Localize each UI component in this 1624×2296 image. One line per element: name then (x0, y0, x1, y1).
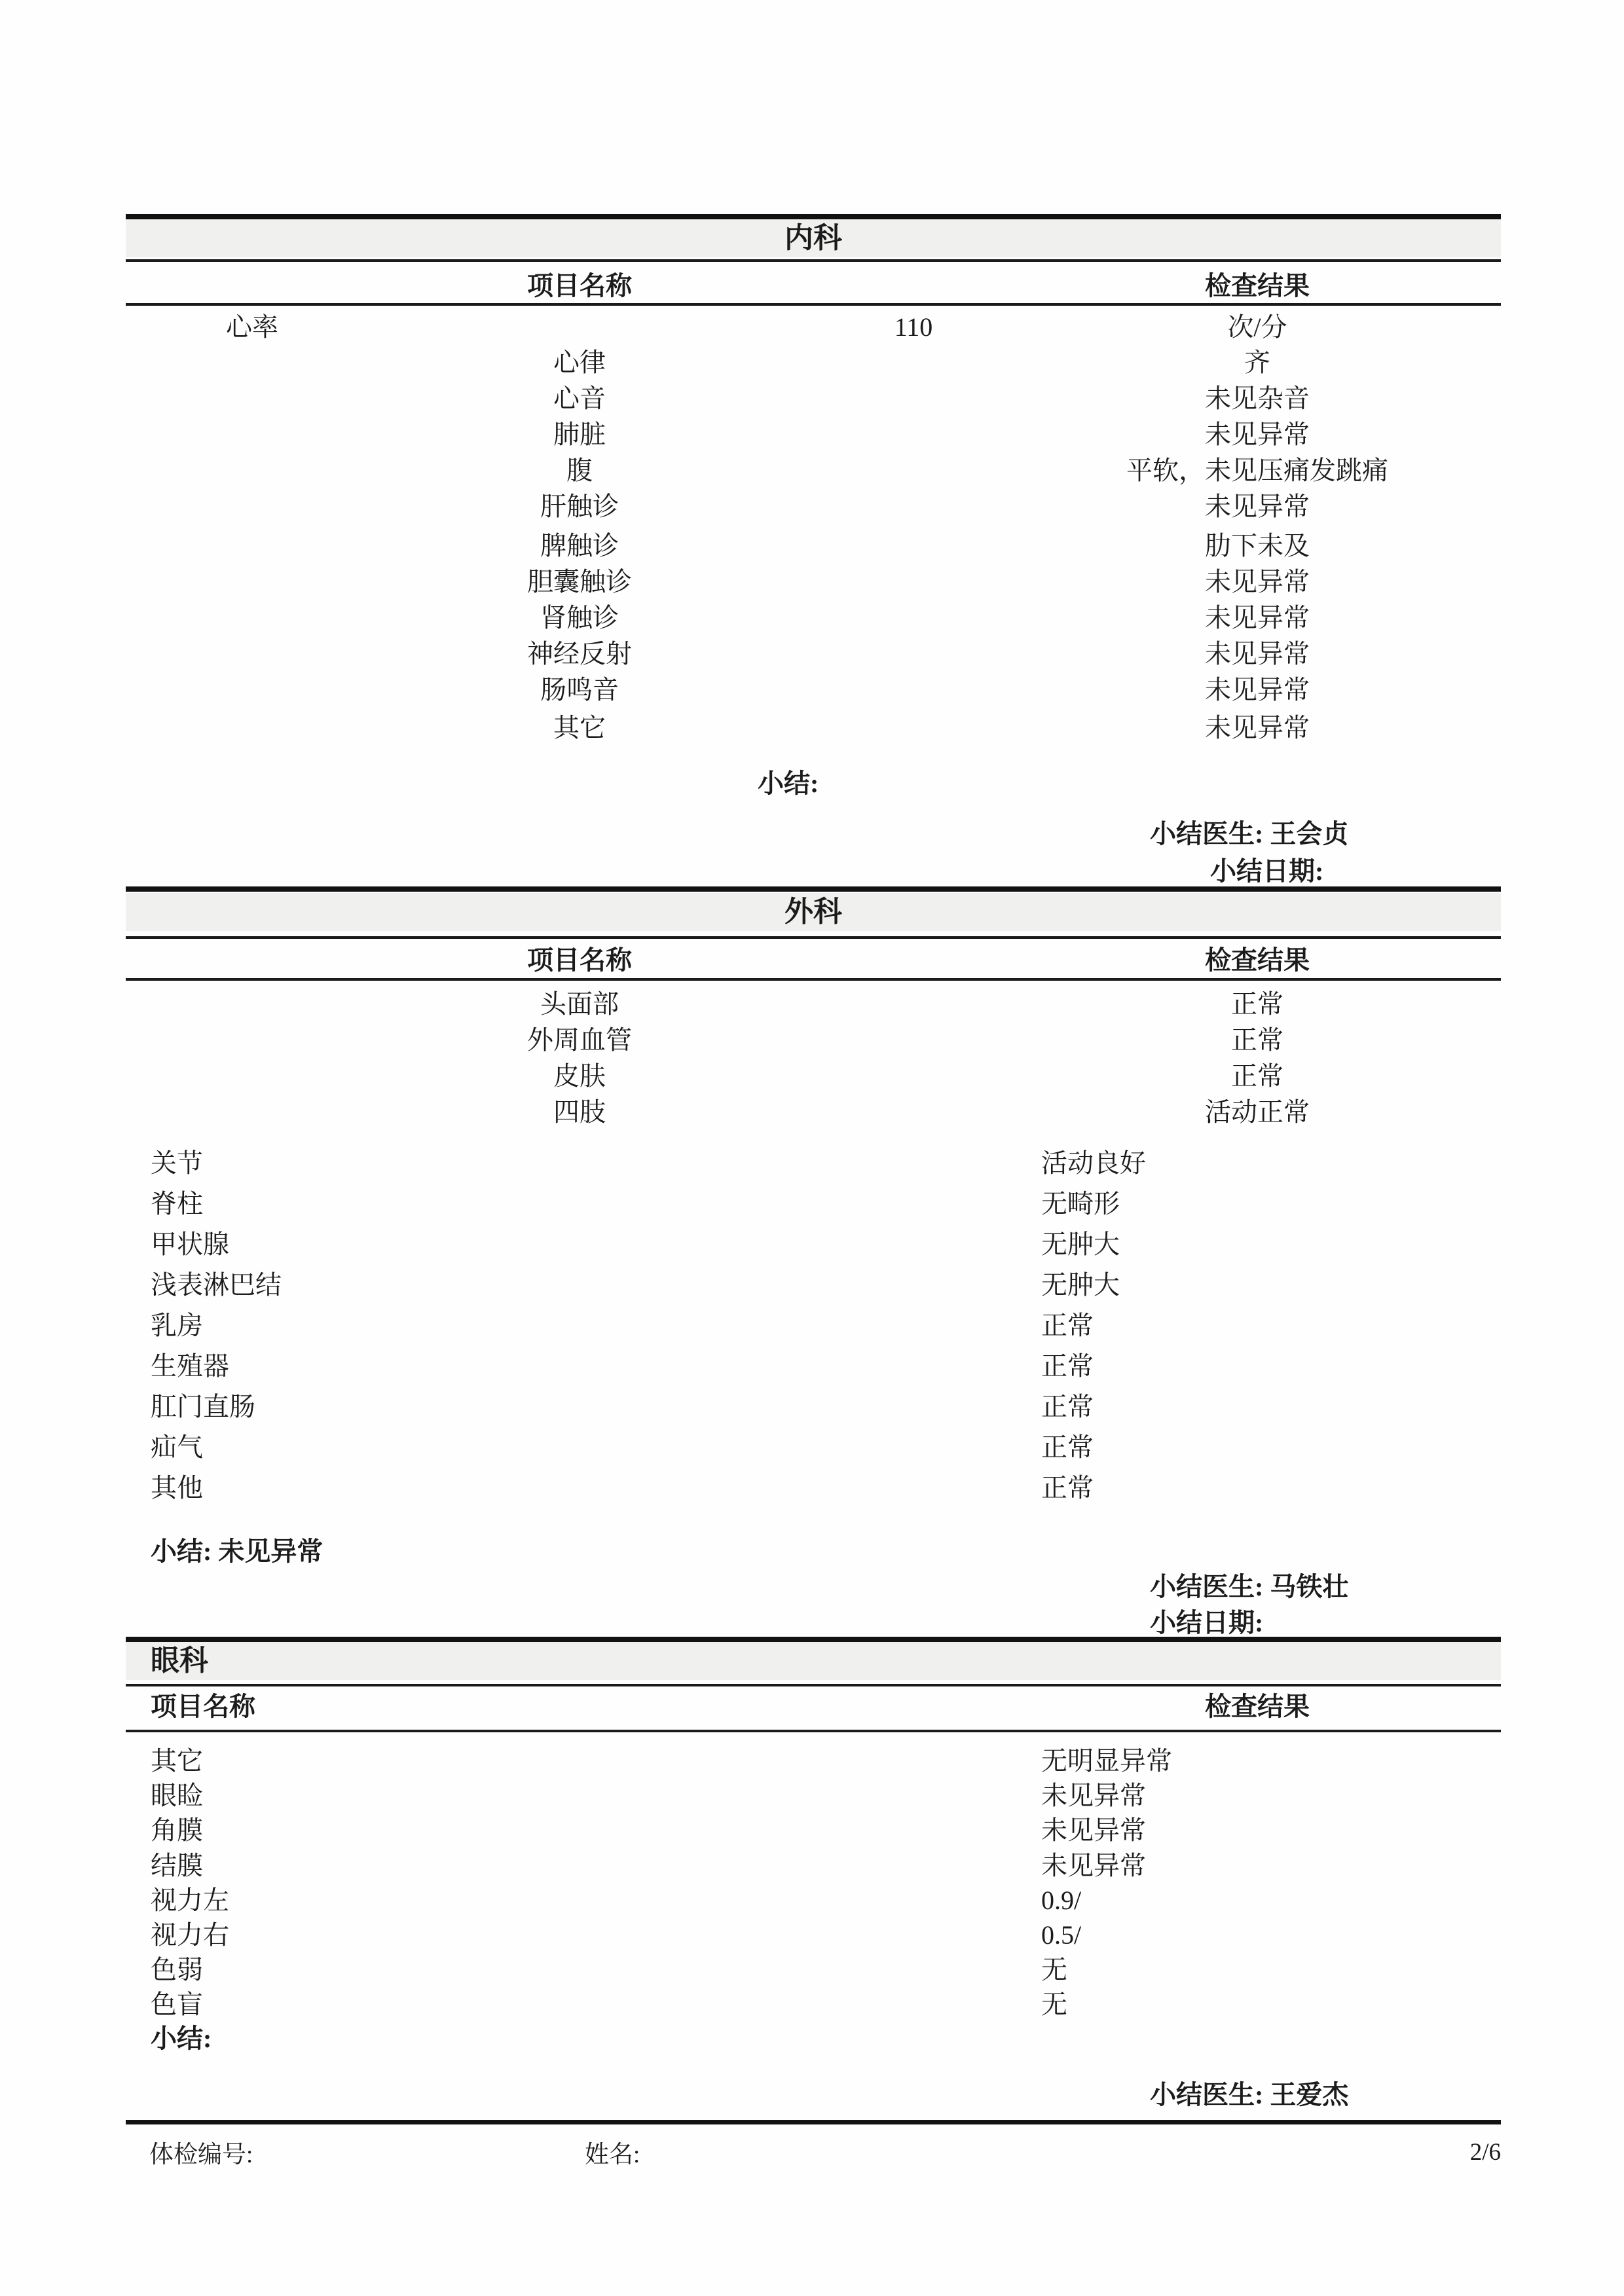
row-item-result: 正常 (1008, 990, 1506, 1019)
row-item-name: 心率 (226, 313, 278, 342)
row-item-name: 神经反射 (285, 640, 874, 668)
row-item-name: 视力左 (151, 1886, 229, 1915)
row-item-result: 0.5/ (1041, 1921, 1081, 1950)
row-item-result: 无肿大 (1041, 1271, 1120, 1300)
row-item-name: 角膜 (151, 1816, 203, 1845)
neike-col-result-header: 检查结果 (1008, 272, 1506, 301)
row-item-name: 肝触诊 (285, 492, 874, 521)
waike-section-header: 外科 (126, 893, 1501, 931)
row-item-result: 无明显异常 (1041, 1747, 1172, 1776)
row-item-name: 其它 (151, 1747, 203, 1776)
row-item-name: 疝气 (151, 1433, 203, 1462)
row-item-name: 腹 (285, 456, 874, 485)
row-item-name: 头面部 (285, 990, 874, 1019)
row-item-name: 皮肤 (285, 1062, 874, 1091)
yanke-col-item-header: 项目名称 (151, 1692, 255, 1721)
row-item-result: 正常 (1041, 1433, 1094, 1462)
footer-name-label: 姓名: (585, 2142, 640, 2168)
rule (126, 259, 1501, 262)
section-top-rule (126, 886, 1501, 892)
rule (126, 978, 1501, 981)
row-item-name: 肠鸣音 (285, 676, 874, 704)
neike-summary-label: 小结: (758, 769, 819, 798)
neike-section-header: 内科 (126, 219, 1501, 257)
row-item-result: 无畸形 (1041, 1190, 1120, 1218)
section-top-rule (126, 214, 1501, 219)
waike-col-item-header: 项目名称 (285, 946, 874, 975)
row-item-name: 胆囊触诊 (285, 568, 874, 596)
row-item-name: 脾触诊 (285, 532, 874, 560)
row-item-result: 无肿大 (1041, 1230, 1120, 1259)
neike-summary-date: 小结日期: (1210, 857, 1323, 886)
row-item-name: 关节 (151, 1149, 203, 1178)
row-item-name: 外周血管 (285, 1026, 874, 1055)
neike-col-item-header: 项目名称 (285, 272, 874, 301)
footer-exam-no-label: 体检编号: (149, 2142, 253, 2168)
yanke-summary-label: 小结: (151, 2024, 212, 2053)
row-item-result: 未见异常 (1008, 568, 1506, 596)
waike-col-result-header: 检查结果 (1008, 946, 1506, 975)
neike-section-title: 内科 (126, 224, 1501, 253)
row-item-result: 正常 (1008, 1062, 1506, 1091)
section-top-rule (126, 1637, 1501, 1642)
row-item-name: 色弱 (151, 1956, 203, 1984)
row-item-name: 浅表淋巴结 (151, 1271, 282, 1300)
row-item-result: 无 (1041, 1990, 1067, 2019)
row-item-result: 活动良好 (1041, 1149, 1146, 1178)
row-item-result: 未见异常 (1041, 1816, 1146, 1845)
yanke-section-header: 眼科 (126, 1642, 1501, 1680)
row-item-result: 未见异常 (1008, 420, 1506, 449)
row-item-name: 肺脏 (285, 420, 874, 449)
rule (126, 303, 1501, 306)
row-item-name: 结膜 (151, 1851, 203, 1880)
row-item-name: 其它 (285, 714, 874, 742)
row-item-result: 无 (1041, 1956, 1067, 1984)
row-item-result: 正常 (1041, 1352, 1094, 1381)
row-item-name: 其他 (151, 1474, 203, 1503)
row-item-result: 未见异常 (1008, 640, 1506, 668)
row-item-name: 乳房 (151, 1311, 203, 1340)
row-item-name: 肛门直肠 (151, 1393, 255, 1421)
row-item-result: 未见异常 (1041, 1781, 1146, 1810)
row-item-name: 甲状腺 (151, 1230, 229, 1259)
row-item-result: 正常 (1041, 1311, 1094, 1340)
row-item-result: 0.9/ (1041, 1886, 1081, 1915)
row-item-result: 肋下未及 (1008, 532, 1506, 560)
row-item-name: 心音 (285, 384, 874, 413)
row-item-result: 平软，未见压痛发跳痛 (1008, 456, 1506, 485)
row-item-result: 活动正常 (1008, 1098, 1506, 1127)
yanke-col-result-header: 检查结果 (1008, 1692, 1506, 1721)
row-item-result: 未见异常 (1008, 492, 1506, 521)
waike-summary-doctor: 小结医生: 马铁壮 (1150, 1573, 1348, 1601)
row-item-result: 齐 (1008, 348, 1506, 377)
footer-rule (126, 2120, 1501, 2124)
row-item-name: 四肢 (285, 1098, 874, 1127)
rule (126, 1730, 1501, 1732)
row-item-name: 生殖器 (151, 1352, 229, 1381)
waike-section-title: 外科 (126, 898, 1501, 926)
row-item-result: 正常 (1041, 1474, 1094, 1503)
row-item-result: 未见异常 (1008, 604, 1506, 632)
row-item-result: 正常 (1041, 1393, 1094, 1421)
waike-summary-date: 小结日期: (1150, 1609, 1263, 1637)
row-item-name: 视力右 (151, 1921, 229, 1950)
row-item-result: 未见异常 (1008, 676, 1506, 704)
rule (126, 1684, 1501, 1686)
page-number: 2/6 (1310, 2140, 1501, 2166)
yanke-summary-doctor: 小结医生: 王爱杰 (1150, 2081, 1348, 2109)
yanke-section-title: 眼科 (126, 1647, 208, 1675)
row-item-result: 未见异常 (1008, 714, 1506, 742)
row-item-result: 未见杂音 (1008, 384, 1506, 413)
row-item-result: 正常 (1008, 1026, 1506, 1055)
row-item-name: 色盲 (151, 1990, 203, 2019)
waike-summary-label: 小结: 未见异常 (151, 1537, 323, 1566)
neike-summary-doctor: 小结医生: 王会贞 (1150, 820, 1348, 848)
row-item-name: 肾触诊 (285, 604, 874, 632)
medical-exam-report-page: 内科 项目名称 检查结果 心率 110 次/分 心律 齐 心音 未见杂音 肺脏 … (0, 0, 1624, 2296)
row-item-result: 次/分 (1008, 313, 1506, 342)
row-item-name: 心律 (285, 348, 874, 377)
row-item-name: 脊柱 (151, 1190, 203, 1218)
row-item-result: 未见异常 (1041, 1851, 1146, 1880)
rule (126, 936, 1501, 939)
row-item-name: 眼睑 (151, 1781, 203, 1810)
